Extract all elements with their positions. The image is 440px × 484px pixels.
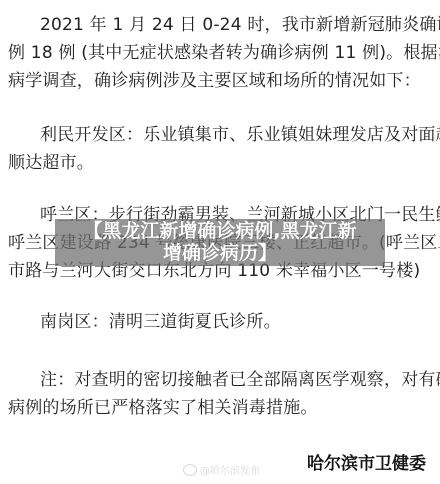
signature: 哈尔滨市卫健委	[307, 449, 426, 474]
overlay-title-line-1: 【黑龙江新增确诊病例,黑龙江新	[55, 220, 385, 242]
title-overlay: 【黑龙江新增确诊病例,黑龙江新 增确诊病历】	[55, 219, 385, 266]
overlay-title-line-2: 增确诊病历】	[55, 242, 385, 264]
paragraph-intro-line-2: 例 18 例 (其中无症状感染者转为确诊病例 11 例)。根据流行	[8, 42, 436, 64]
paragraph-intro-line-3: 病学调查，确诊病例涉及主要区域和场所的情况如下：	[8, 70, 436, 92]
paragraph-nangang-line-1: 南岗区：清明三道街夏氏诊所。	[40, 311, 436, 333]
weibo-icon	[183, 464, 197, 476]
weibo-watermark: @哈尔滨发布	[183, 462, 260, 477]
paragraph-limin-line-2: 顺达超市。	[8, 152, 436, 174]
overlay-title: 【黑龙江新增确诊病例,黑龙江新 增确诊病历】	[55, 219, 385, 264]
watermark-text: @哈尔滨发布	[200, 462, 260, 477]
paragraph-limin-line-1: 利民开发区：乐业镇集市、乐业镇姐妹理发店及对面超市、	[40, 124, 436, 146]
paragraph-intro-line-1: 2021 年 1 月 24 日 0-24 时，我市新增新冠肺炎确诊病	[40, 14, 436, 36]
paragraph-note-line-1: 注：对查明的密切接触者已全部隔离医学观察，对有确诊	[40, 369, 436, 391]
paragraph-note-line-2: 病例的场所已严格落实了相关消毒措施。	[8, 397, 436, 419]
